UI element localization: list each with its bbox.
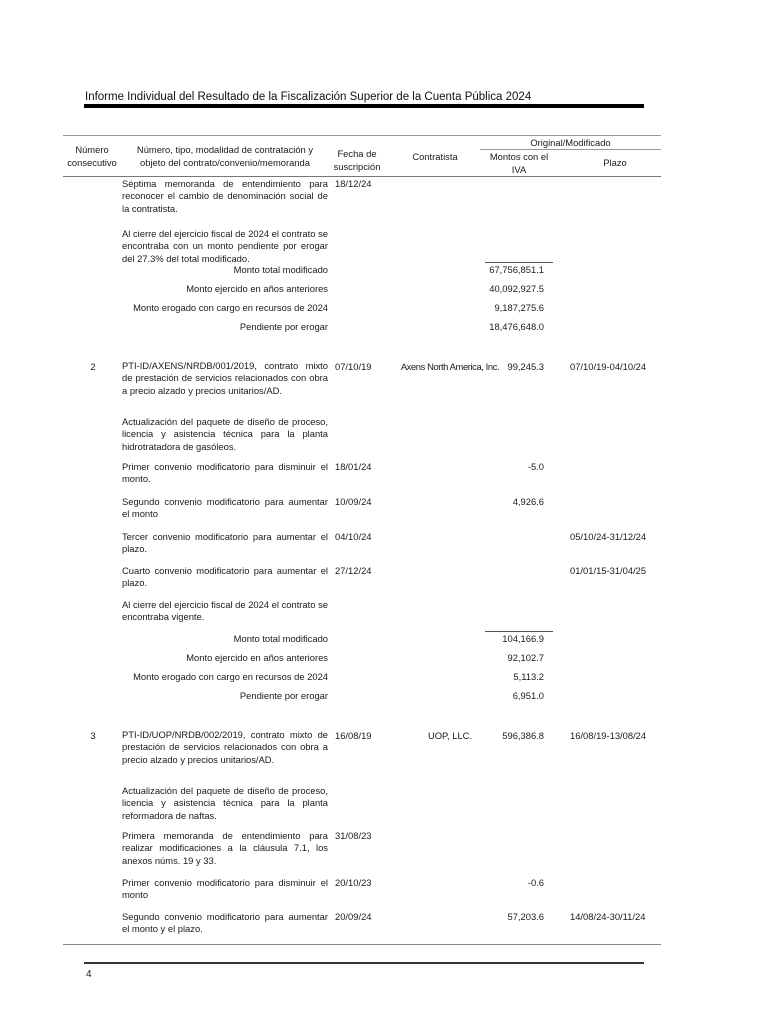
group-rule: [480, 149, 661, 150]
contract-date: 07/10/19: [335, 361, 372, 372]
header-plazo: Plazo: [570, 157, 660, 170]
header-montos: Montos con el IVA: [480, 151, 558, 176]
modification-amount: 57,203.6: [470, 911, 544, 922]
header-objeto: Número, tipo, modalidad de contratación …: [116, 144, 334, 169]
header-numero-line1: Número: [63, 144, 121, 157]
summary-label: Monto ejercido en años anteriores: [100, 652, 328, 664]
contract-term: 07/10/19-04/10/24: [570, 361, 662, 372]
header-original-modificado: Original/Modificado: [480, 137, 661, 150]
summary-value: 92,102.7: [470, 652, 544, 663]
closing-note: Al cierre del ejercicio fiscal de 2024 e…: [122, 228, 328, 265]
contract-object: Actualización del paquete de diseño de p…: [122, 785, 328, 822]
footer-rule: [84, 962, 644, 964]
modification-date: 20/09/24: [335, 911, 372, 922]
summary-label: Monto erogado con cargo en recursos de 2…: [100, 302, 328, 314]
contract-amount: 596,386.8: [470, 730, 544, 741]
summary-label: Monto total modificado: [100, 633, 328, 645]
summary-label: Pendiente por erogar: [100, 690, 328, 702]
modification-description: Segundo convenio modificatorio para aume…: [122, 496, 328, 521]
table-bottom-rule: [63, 944, 661, 945]
header-objeto-line2: objeto del contrato/convenio/memoranda: [116, 157, 334, 170]
summary-label: Pendiente por erogar: [100, 321, 328, 333]
header-fecha-line1: Fecha de: [326, 148, 388, 161]
modification-description: Tercer convenio modificatorio para aumen…: [122, 531, 328, 556]
modification-term: 14/08/24-30/11/24: [570, 911, 662, 922]
modification-date: 31/08/23: [335, 830, 372, 841]
header-montos-line2: IVA: [480, 164, 558, 177]
modification-date: 18/01/24: [335, 461, 372, 472]
modification-amount: -5.0: [470, 461, 544, 472]
header-numero: Número consecutivo: [63, 144, 121, 169]
page-number: 4: [86, 969, 92, 980]
modification-amount: -0.6: [470, 877, 544, 888]
header-numero-line2: consecutivo: [63, 157, 121, 170]
summary-label: Monto total modificado: [100, 264, 328, 276]
modification-term: 05/10/24-31/12/24: [570, 531, 662, 542]
contract-term: 16/08/19-13/08/24: [570, 730, 662, 741]
header-montos-line1: Montos con el: [480, 151, 558, 164]
summary-label: Monto ejercido en años anteriores: [100, 283, 328, 295]
header-rule: [84, 104, 644, 108]
modification-description: Primera memoranda de entendimiento para …: [122, 830, 328, 867]
modification-term: 01/01/15-31/04/25: [570, 565, 662, 576]
modification-amount: 4,926.6: [470, 496, 544, 507]
header-contratista: Contratista: [390, 151, 480, 164]
document-title: Informe Individual del Resultado de la F…: [85, 91, 531, 103]
summary-value: 6,951.0: [470, 690, 544, 701]
header-fecha: Fecha de suscripción: [326, 148, 388, 173]
header-objeto-line1: Número, tipo, modalidad de contratación …: [116, 144, 334, 157]
summary-value: 67,756,851.1: [470, 264, 544, 275]
contract-amount: 99,245.3: [470, 361, 544, 372]
item-description: Séptima memoranda de entendimiento para …: [122, 178, 328, 215]
summary-value: 104,166.9: [470, 633, 544, 644]
modification-description: Cuarto convenio modificatorio para aumen…: [122, 565, 328, 590]
table-top-rule: [63, 135, 661, 136]
modification-date: 20/10/23: [335, 877, 372, 888]
modification-description: Primer convenio modificatorio para dismi…: [122, 877, 328, 902]
modification-date: 27/12/24: [335, 565, 372, 576]
closing-note: Al cierre del ejercicio fiscal de 2024 e…: [122, 599, 328, 624]
contract-number: 2: [86, 361, 100, 372]
summary-value: 9,187,275.6: [470, 302, 544, 313]
header-fecha-line2: suscripción: [326, 161, 388, 174]
sum-rule: [485, 631, 553, 632]
summary-label: Monto erogado con cargo en recursos de 2…: [100, 671, 328, 683]
summary-value: 40,092,927.5: [470, 283, 544, 294]
modification-description: Segundo convenio modificatorio para aume…: [122, 911, 328, 936]
header-bottom-rule: [63, 176, 661, 177]
contract-object: Actualización del paquete de diseño de p…: [122, 416, 328, 453]
contract-date: 16/08/19: [335, 730, 372, 741]
contract-number: 3: [86, 730, 100, 741]
sum-rule: [485, 262, 553, 263]
summary-value: 5,113.2: [470, 671, 544, 682]
modification-date: 10/09/24: [335, 496, 372, 507]
modification-description: Primer convenio modificatorio para dismi…: [122, 461, 328, 486]
contract-description: PTI-ID/AXENS/NRDB/001/2019, contrato mix…: [122, 360, 328, 397]
item-date: 18/12/24: [335, 178, 372, 189]
modification-date: 04/10/24: [335, 531, 372, 542]
contract-description: PTI-ID/UOP/NRDB/002/2019, contrato mixto…: [122, 729, 328, 766]
summary-value: 18,476,648.0: [470, 321, 544, 332]
